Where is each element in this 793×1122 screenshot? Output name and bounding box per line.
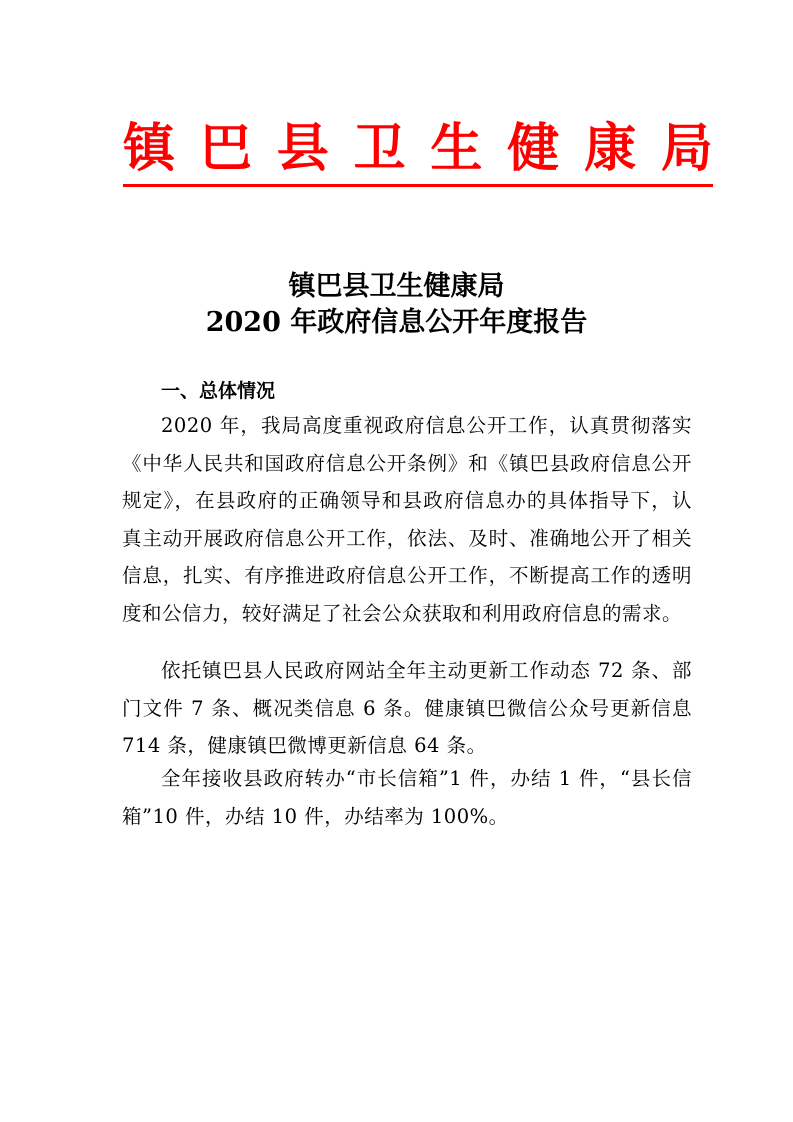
masthead-char: 生 xyxy=(430,118,482,180)
paragraph-text: 依托镇巴县人民政府网站全年主动更新工作动态 72 条、部门文件 7 条、概况类信… xyxy=(122,652,692,765)
masthead-char: 康 xyxy=(584,118,636,180)
document-title-line-2: 2020 年政府信息公开年度报告 xyxy=(0,306,793,340)
red-divider-line xyxy=(123,184,713,187)
masthead-char: 镇 xyxy=(123,118,175,180)
paragraph-text: 2020 年，我局高度重视政府信息公开工作，认真贯彻落实《中华人民共和国政府信息… xyxy=(122,407,692,632)
masthead-red-header: 镇 巴 县 卫 生 健 康 局 xyxy=(123,118,713,180)
paragraph-text: 全年接收县政府转办“市长信箱”1 件，办结 1 件，“县长信箱”10 件，办结 … xyxy=(122,760,692,835)
paragraph-mailbox-stats: 全年接收县政府转办“市长信箱”1 件，办结 1 件，“县长信箱”10 件，办结 … xyxy=(122,760,692,835)
masthead-char: 卫 xyxy=(354,118,406,180)
masthead-char: 县 xyxy=(277,118,329,180)
masthead-char: 健 xyxy=(507,118,559,180)
document-title-line-1: 镇巴县卫生健康局 xyxy=(0,270,793,304)
masthead-char: 局 xyxy=(661,118,713,180)
masthead-char: 巴 xyxy=(200,118,252,180)
document-page: 镇 巴 县 卫 生 健 康 局 镇巴县卫生健康局 2020 年政府信息公开年度报… xyxy=(0,0,793,1122)
section-heading-overview: 一、总体情况 xyxy=(161,378,275,404)
paragraph-overview: 2020 年，我局高度重视政府信息公开工作，认真贯彻落实《中华人民共和国政府信息… xyxy=(122,407,692,632)
paragraph-website-updates: 依托镇巴县人民政府网站全年主动更新工作动态 72 条、部门文件 7 条、概况类信… xyxy=(122,652,692,765)
